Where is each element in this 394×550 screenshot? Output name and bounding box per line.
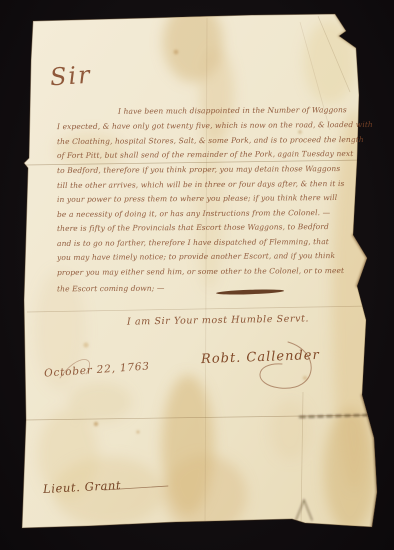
addressee-line: Lieut. Grant [43,478,122,496]
date-line: October 22, 1763 [44,360,150,379]
letter-line: of Fort Pitt, but shall send of the rema… [57,149,353,160]
letter-line: to Bedford, therefore if you think prope… [57,164,340,175]
letter-line: I have been much disappointed in the Num… [118,105,347,116]
letter-line: the Cloathing, hospital Stores, Salt, & … [57,135,364,146]
signature: Robt. Callender [201,348,320,367]
letter-line: you may have timely notice; to provide a… [57,251,335,262]
letter-line: proper you may either send him, or some … [57,266,344,277]
letter-line: there is fifty of the Provincials that E… [57,222,329,233]
handwriting-layer: Sir I have been much disappointed in the… [0,0,394,550]
letter-line: be a necessity of doing it, or has any I… [57,208,330,219]
letter-line: the Escort coming down; — [57,284,164,294]
salutation: Sir [49,61,92,92]
manuscript-photo: Sir I have been much disappointed in the… [0,0,394,550]
letter-line: in your power to press them to where you… [57,193,337,204]
letter-line: and is to go no farther, therefore I hav… [57,237,329,248]
closing-line: I am Sir Your most Humble Servt. [127,313,309,327]
letter-line: till the other arrives, which will be in… [57,179,344,190]
letter-line: I expected, & have only got twenty five,… [57,120,373,131]
